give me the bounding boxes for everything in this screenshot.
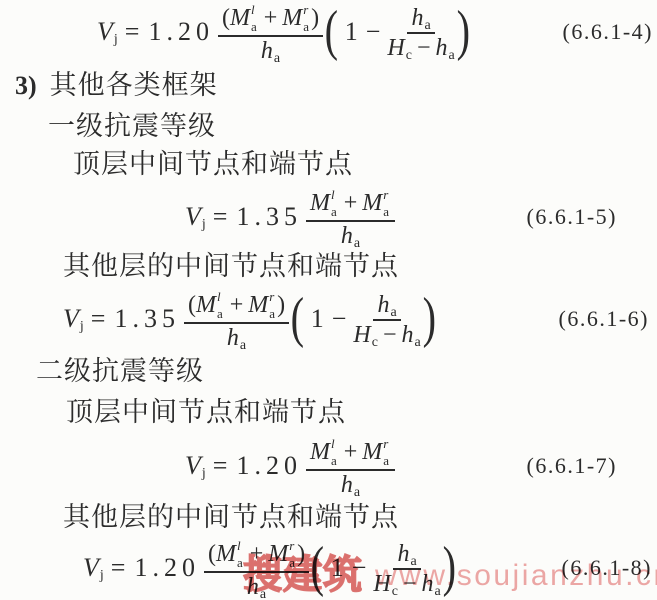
big-left-paren: ( — [311, 544, 324, 592]
coefficient: 1.35 — [114, 306, 180, 332]
reduction-fraction: ha Hc − ha — [373, 541, 440, 596]
variable-V: V — [63, 306, 79, 332]
variable-h: h — [397, 542, 409, 566]
subscript-a: a — [410, 555, 416, 569]
reduction-fraction: ha Hc − ha — [353, 292, 420, 347]
grade-1-heading: 一级抗震等级 — [48, 111, 216, 141]
supsub-ra: ra — [303, 3, 309, 33]
equation-6-6-1-8: Vj = 1.20 ( M la + M ra ) ha ( 1 − — [0, 537, 657, 599]
top-joints-heading-2: 顶层中间节点和端节点 — [66, 397, 346, 427]
supsub-la: la — [251, 3, 257, 33]
minus-sign: − — [417, 36, 431, 60]
variable-H: H — [353, 323, 370, 347]
minus-sign: − — [352, 555, 367, 581]
moment-fraction: M la + M ra ha — [306, 187, 395, 248]
equation-number: (6.6.1-5) — [527, 204, 617, 230]
variable-H: H — [373, 572, 390, 596]
variable-h: h — [422, 572, 434, 596]
equation-body: Vj = 1.20 M la + M ra ha — [185, 436, 395, 497]
variable-V: V — [185, 204, 201, 230]
denominator: ha — [227, 324, 246, 350]
coefficient: 1.20 — [134, 555, 200, 581]
numerator: ha — [373, 292, 400, 321]
numerator: M la + M ra — [306, 187, 395, 222]
plus-sign: + — [230, 293, 244, 317]
subscript-j: j — [80, 320, 84, 334]
supsub-ra: ra — [269, 290, 275, 320]
denominator: Hc − ha — [387, 34, 454, 60]
equation-6-6-1-5: Vj = 1.35 M la + M ra ha (6.6.1-5) — [0, 186, 657, 248]
equals-sign: = — [213, 453, 228, 479]
subscript-j: j — [202, 218, 206, 232]
other-joints-heading-2: 其他层的中间节点和端节点 — [63, 502, 399, 532]
variable-V: V — [185, 453, 201, 479]
plus-sign: + — [344, 191, 358, 215]
subscript-j: j — [114, 33, 118, 47]
big-right-paren: ) — [422, 295, 435, 343]
equation-body: Vj = 1.35 M la + M ra ha — [185, 187, 395, 248]
variable-h: h — [227, 326, 239, 350]
equals-sign: = — [111, 555, 126, 581]
subscript-j: j — [100, 569, 104, 583]
variable-h: h — [341, 224, 353, 248]
item-marker: 3) — [15, 71, 37, 100]
minus-sign: − — [366, 19, 381, 45]
variable-M-right: M — [282, 6, 302, 30]
right-paren: ) — [297, 542, 305, 566]
big-left-paren: ( — [325, 8, 338, 56]
plus-sign: + — [250, 542, 264, 566]
equation-body: Vj = 1.35 ( M la + M ra ) ha ( 1 − — [63, 289, 437, 350]
numerator: ( M la + M ra ) — [218, 2, 323, 37]
subscript-c: c — [406, 49, 412, 63]
variable-M-left: M — [310, 191, 330, 215]
variable-V: V — [97, 19, 113, 45]
subscript-j: j — [202, 467, 206, 481]
big-right-paren: ) — [442, 544, 455, 592]
plus-sign: + — [344, 440, 358, 464]
coefficient: 1.20 — [148, 19, 214, 45]
subscript-a: a — [415, 336, 421, 350]
minus-sign: − — [332, 306, 347, 332]
variable-h: h — [341, 473, 353, 497]
equation-number: (6.6.1-7) — [527, 453, 617, 479]
subscript-a: a — [260, 588, 266, 600]
list-item-3-heading: 3)其他各类框架 — [15, 70, 218, 101]
variable-h: h — [411, 6, 423, 30]
right-paren: ) — [311, 6, 319, 30]
variable-h: h — [261, 39, 273, 63]
supsub-ra: ra — [383, 188, 389, 218]
supsub-ra: ra — [383, 437, 389, 467]
numerator: ( M la + M ra ) — [204, 538, 309, 573]
equation-6-6-1-6: Vj = 1.35 ( M la + M ra ) ha ( 1 − — [0, 288, 657, 350]
coefficient: 1.35 — [236, 204, 302, 230]
equation-number: (6.6.1-8) — [562, 555, 652, 581]
moment-fraction: M la + M ra ha — [306, 436, 395, 497]
variable-h: h — [377, 293, 389, 317]
document-page: Vj = 1.20 ( M la + M ra ) ha ( 1 − — [0, 0, 657, 600]
variable-M-left: M — [196, 293, 216, 317]
constant-one: 1 — [331, 555, 344, 581]
subscript-c: c — [372, 336, 378, 350]
variable-M-right: M — [362, 440, 382, 464]
equation-number: (6.6.1-6) — [559, 306, 649, 332]
equation-6-6-1-7: Vj = 1.20 M la + M ra ha (6.6.1-7) — [0, 435, 657, 497]
denominator: ha — [341, 471, 360, 497]
variable-M-left: M — [310, 440, 330, 464]
supsub-la: la — [331, 188, 337, 218]
denominator: ha — [247, 573, 266, 599]
subscript-a: a — [435, 585, 441, 599]
variable-M-right: M — [268, 542, 288, 566]
variable-H: H — [387, 36, 404, 60]
variable-V: V — [83, 555, 99, 581]
left-paren: ( — [188, 293, 196, 317]
coefficient: 1.20 — [236, 453, 302, 479]
item-title: 其他各类框架 — [50, 70, 218, 100]
plus-sign: + — [264, 6, 278, 30]
variable-h: h — [436, 36, 448, 60]
variable-M-right: M — [362, 191, 382, 215]
subscript-a: a — [354, 237, 360, 251]
numerator: ha — [393, 541, 420, 570]
equation-6-6-1-4: Vj = 1.20 ( M la + M ra ) ha ( 1 − — [0, 1, 657, 63]
supsub-la: la — [217, 290, 223, 320]
denominator: Hc − ha — [353, 321, 420, 347]
denominator: ha — [261, 37, 280, 63]
subscript-c: c — [392, 585, 398, 599]
moment-fraction: ( M la + M ra ) ha — [184, 289, 289, 350]
variable-M-right: M — [248, 293, 268, 317]
subscript-a: a — [390, 306, 396, 320]
variable-h: h — [402, 323, 414, 347]
equation-number: (6.6.1-4) — [563, 19, 653, 45]
denominator: ha — [341, 222, 360, 248]
numerator: ha — [407, 5, 434, 34]
equation-body: Vj = 1.20 ( M la + M ra ) ha ( 1 − — [83, 538, 457, 599]
moment-fraction: ( M la + M ra ) ha — [204, 538, 309, 599]
supsub-la: la — [237, 539, 243, 569]
subscript-a: a — [424, 19, 430, 33]
denominator: Hc − ha — [373, 570, 440, 596]
subscript-a: a — [240, 339, 246, 353]
minus-sign: − — [383, 323, 397, 347]
numerator: M la + M ra — [306, 436, 395, 471]
subscript-a: a — [354, 486, 360, 500]
variable-h: h — [247, 575, 259, 599]
top-joints-heading-1: 顶层中间节点和端节点 — [73, 149, 353, 179]
numerator: ( M la + M ra ) — [184, 289, 289, 324]
supsub-la: la — [331, 437, 337, 467]
moment-fraction: ( M la + M ra ) ha — [218, 2, 323, 63]
minus-sign: − — [403, 572, 417, 596]
subscript-a: a — [449, 49, 455, 63]
constant-one: 1 — [345, 19, 358, 45]
big-right-paren: ) — [456, 8, 469, 56]
equals-sign: = — [91, 306, 106, 332]
big-left-paren: ( — [291, 295, 304, 343]
left-paren: ( — [222, 6, 230, 30]
left-paren: ( — [208, 542, 216, 566]
equation-body: Vj = 1.20 ( M la + M ra ) ha ( 1 − — [97, 2, 471, 63]
variable-M-left: M — [216, 542, 236, 566]
other-joints-heading-1: 其他层的中间节点和端节点 — [63, 251, 399, 281]
reduction-fraction: ha Hc − ha — [387, 5, 454, 60]
subscript-a: a — [274, 52, 280, 66]
right-paren: ) — [277, 293, 285, 317]
constant-one: 1 — [311, 306, 324, 332]
equals-sign: = — [213, 204, 228, 230]
grade-2-heading: 二级抗震等级 — [36, 356, 204, 386]
variable-M-left: M — [230, 6, 250, 30]
supsub-ra: ra — [289, 539, 295, 569]
equals-sign: = — [125, 19, 140, 45]
